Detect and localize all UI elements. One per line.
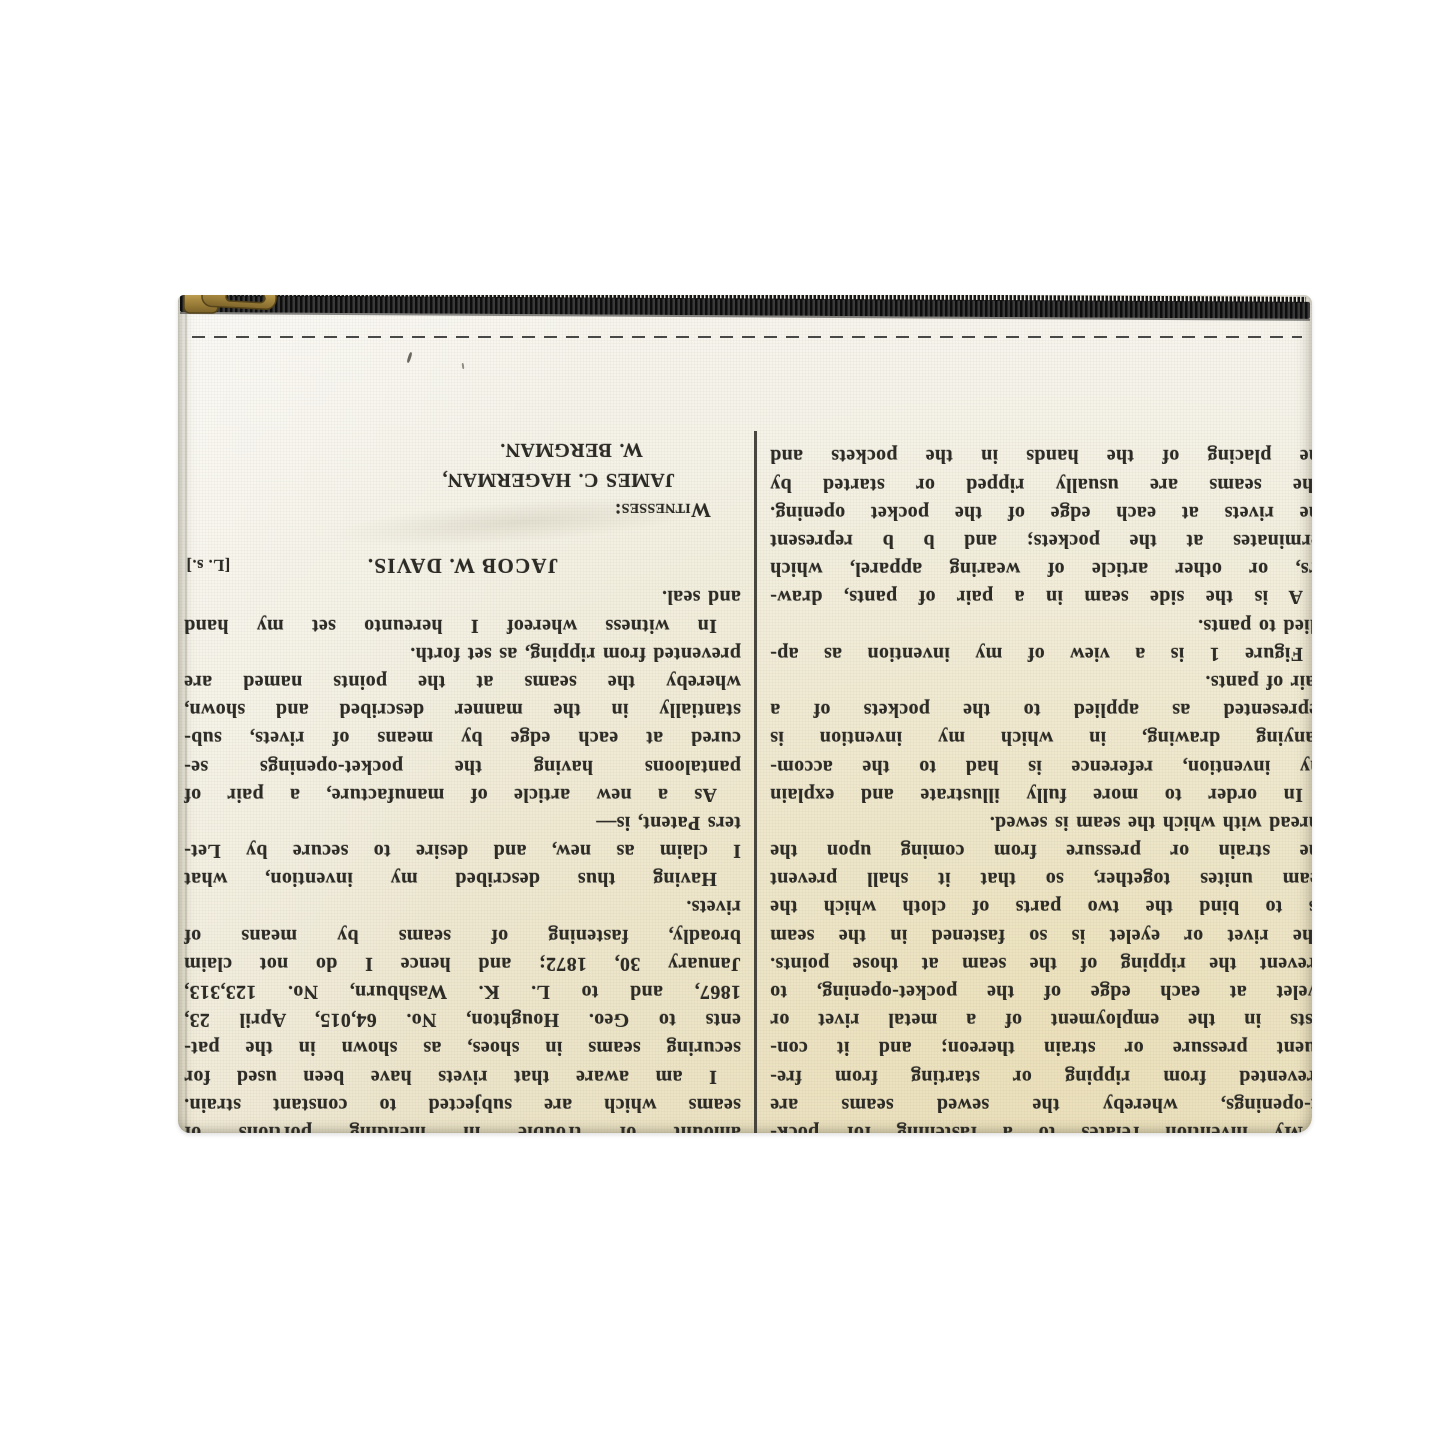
print-line: terminates at the pockets; and b b repre… — [770, 527, 1312, 555]
print-line: ers, or other article of wearing apparel… — [770, 555, 1312, 583]
stitch-line — [192, 336, 1302, 338]
print-line: the placing of the hands in the pockets … — [770, 442, 1312, 470]
print-line: quent pressure or strain thereon; and it… — [770, 1034, 1312, 1062]
print-line: As a new article of manufacture, a pair … — [184, 781, 741, 809]
print-line: My invention relates to a fastening for … — [770, 1119, 1312, 1133]
print-line: panying drawing, in which my invention i… — [770, 724, 1312, 752]
print-line: I claim as new, and desire to secure by … — [184, 837, 741, 865]
print-line: ents to Geo. Houghton, No. 64,015, April… — [184, 1006, 741, 1034]
print-line: thread with which the seam is sewed. — [770, 809, 1312, 837]
print-line: In order to more fully illustrate and ex… — [770, 781, 1312, 809]
print-line: W. BERGMAN. — [184, 435, 741, 465]
print-line: cured at each edge by means of rivets, s… — [184, 724, 741, 752]
print-line: plied to pants. — [770, 611, 1312, 639]
print-line: eyelet at each edge of the pocket-openin… — [770, 978, 1312, 1006]
print-line: stantially in the manner described and s… — [184, 696, 741, 724]
print-line: rivets. — [184, 893, 741, 921]
print-line: pantaloons having the pocket-openings se… — [184, 752, 741, 780]
zipper-pull-icon — [178, 295, 284, 321]
print-line: as to bind the two parts of cloth which … — [770, 893, 1312, 921]
print-line: my invention, reference is had to the ac… — [770, 752, 1312, 780]
print-line: prevent the ripping of the seam at those… — [770, 950, 1312, 978]
pouch: My invention relates to a fastening for … — [178, 295, 1312, 1133]
print-line: ters Patent, is— — [184, 809, 741, 837]
print-line: A is the side seam in a pair of pants, d… — [770, 583, 1312, 611]
patent-column-right: amount of trouble in mending portions of… — [184, 435, 741, 1133]
print-line: pair of pants. — [770, 668, 1312, 696]
print-line: securing seams in shoes, as shown in the… — [184, 1034, 741, 1062]
print-line: broadly, fastening of seams by means of — [184, 922, 741, 950]
print-line: JAMES C. HAGERMAN, — [184, 465, 741, 495]
print-line: seams which are subjected to constant st… — [184, 1091, 741, 1119]
print-line: et-openings, whereby the sewed seams are — [770, 1091, 1312, 1119]
print-line: sists in the employment of a metal rivet… — [770, 1006, 1312, 1034]
print-line: represented as applied to the pockets of… — [770, 696, 1312, 724]
print-line: I am aware that rivets have been used fo… — [184, 1062, 741, 1090]
column-divider — [754, 431, 757, 1133]
print-line: In witness whereof I hereunto set my han… — [184, 611, 741, 639]
product-photo: My invention relates to a fastening for … — [0, 0, 1445, 1445]
print-line: whereby the seams at the points named ar… — [184, 668, 741, 696]
print-line: the rivets at each edge of the pocket op… — [770, 499, 1312, 527]
patent-column-left: My invention relates to a fastening for … — [770, 442, 1312, 1133]
patent-print: My invention relates to a fastening for … — [178, 347, 1312, 1133]
zipper — [180, 295, 1310, 319]
print-line: amount of trouble in mending portions of — [184, 1119, 741, 1133]
signature-line: JACOB W. DAVIS.[L. s.] — [184, 549, 741, 583]
print-line: Having thus described my invention, what — [184, 865, 741, 893]
print-line: prevented from ripping or starting from … — [770, 1062, 1312, 1090]
print-line: The rivet or eyelet is so fastened in th… — [770, 922, 1312, 950]
print-line: Figure 1 is a view of my invention as ap… — [770, 640, 1312, 668]
print-line: the strain or pressure from coming upon … — [770, 837, 1312, 865]
print-line: The seams are usually ripped or started … — [770, 471, 1312, 499]
print-gap — [184, 525, 741, 549]
print-line: seam unites together, so that it shall p… — [770, 865, 1312, 893]
print-line: prevented from ripping, as set forth. — [184, 640, 741, 668]
print-line: 1867, and to L. K. Washburn, No. 123,313… — [184, 978, 741, 1006]
print-line: January 30, 1872; and hence I do not cla… — [184, 950, 741, 978]
print-line: Witnesses: — [184, 495, 741, 525]
print-line: and seal. — [184, 583, 741, 611]
